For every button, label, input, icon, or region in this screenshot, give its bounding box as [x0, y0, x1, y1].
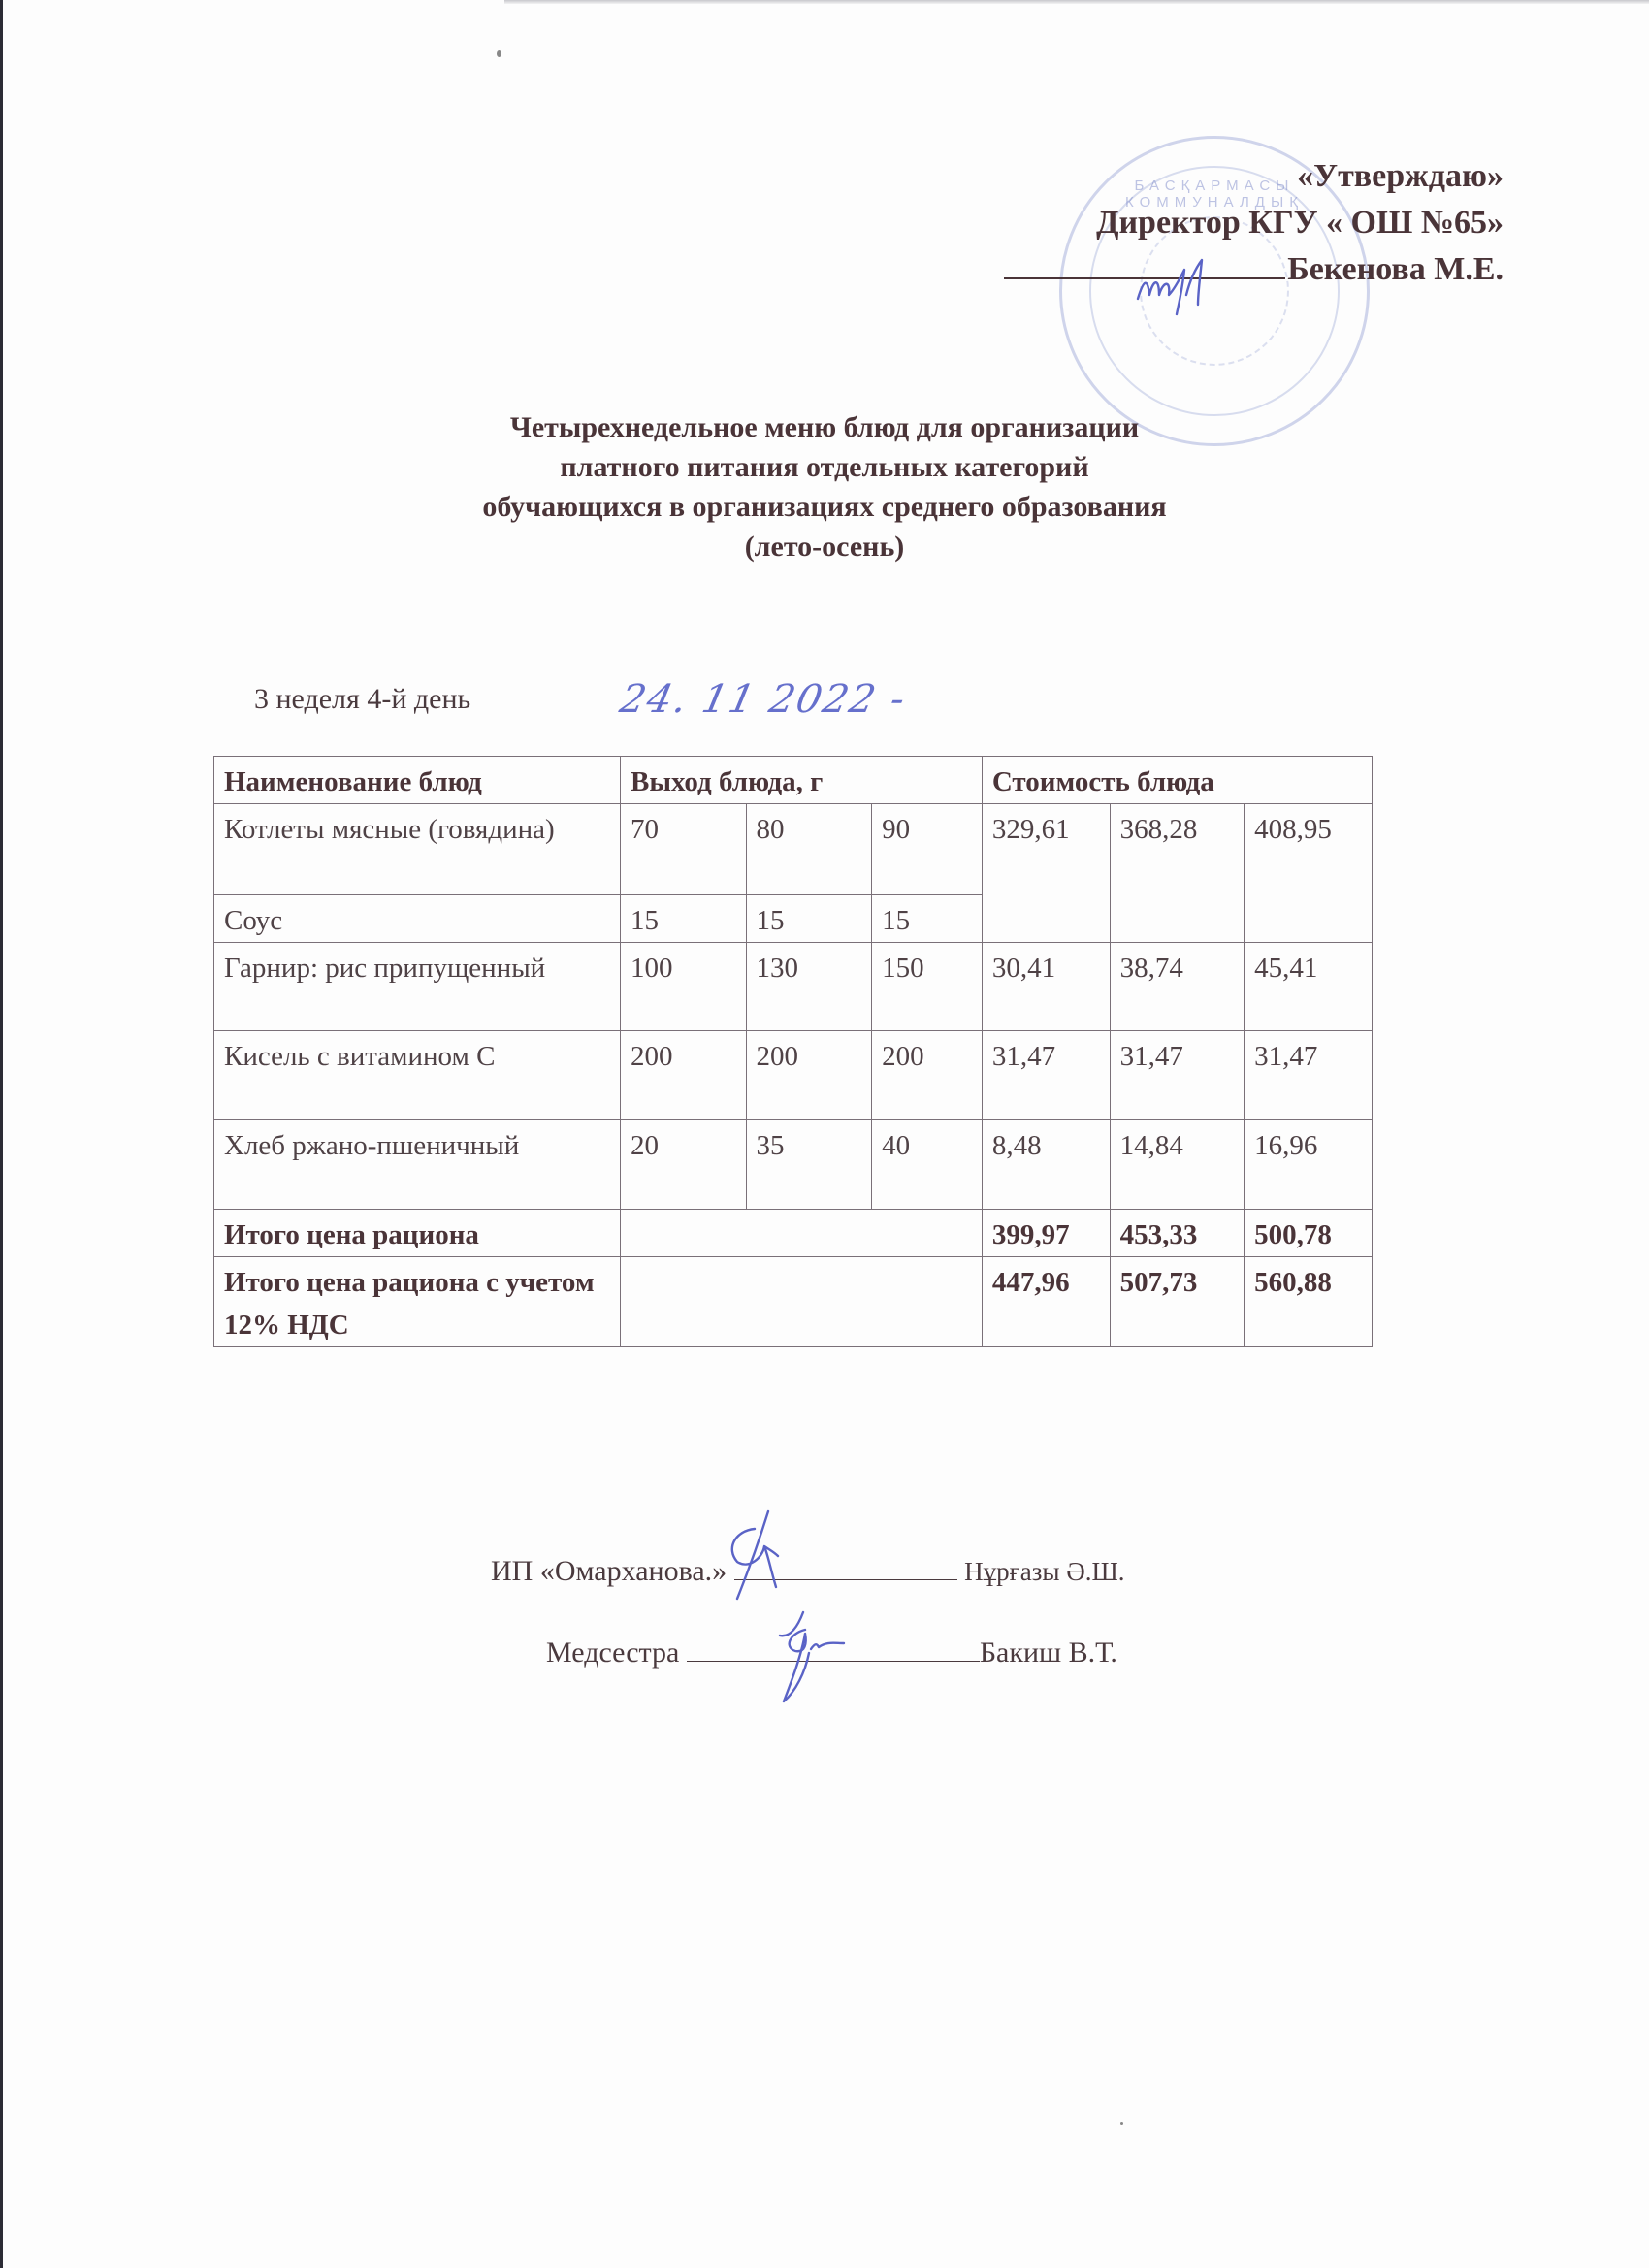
total-vat-value: 447,96 — [982, 1257, 1110, 1347]
cost-cell: 8,48 — [982, 1120, 1110, 1210]
empty-cell — [621, 1210, 983, 1257]
cost-cell: 45,41 — [1245, 943, 1373, 1031]
total-row: Итого цена рациона 399,97 453,33 500,78 — [214, 1210, 1373, 1257]
cost-cell: 368,28 — [1110, 804, 1245, 943]
approver-name: Бекенова М.Е. — [1287, 251, 1503, 287]
total-vat-value: 507,73 — [1110, 1257, 1245, 1347]
yield-cell: 15 — [746, 895, 872, 943]
total-value: 453,33 — [1110, 1210, 1245, 1257]
yield-cell: 130 — [746, 943, 872, 1031]
total-label: Итого цена рациона — [214, 1210, 621, 1257]
director-signature — [1130, 250, 1246, 318]
total-vat-row: Итого цена рациона с учетом 12% НДС 447,… — [214, 1257, 1373, 1347]
yield-cell: 200 — [746, 1031, 872, 1120]
total-value: 500,78 — [1245, 1210, 1373, 1257]
scan-edge-top — [504, 0, 1649, 4]
handwritten-date: 24. 11 2022 - — [616, 677, 911, 722]
cost-cell: 14,84 — [1110, 1120, 1245, 1210]
table-row: Котлеты мясные (говядина) 70 80 90 329,6… — [214, 804, 1373, 895]
approval-block: «Утверждаю» Директор КГУ « ОШ №65» Бекен… — [1004, 153, 1503, 293]
yield-cell: 15 — [621, 895, 747, 943]
cost-cell: 329,61 — [982, 804, 1110, 943]
scan-edge — [0, 0, 3, 2268]
cost-cell: 38,74 — [1110, 943, 1245, 1031]
supplier-name: Нұрғазы Ә.Ш. — [964, 1557, 1124, 1586]
dish-name: Хлеб ржано-пшеничный — [214, 1120, 621, 1210]
title-line: платного питания отдельных категорий — [0, 447, 1649, 487]
header-dish-name: Наименование блюд — [214, 757, 621, 804]
approval-position: Директор КГУ « ОШ №65» — [1004, 200, 1503, 246]
yield-cell: 35 — [746, 1120, 872, 1210]
week-day-label: 3 неделя 4-й день — [254, 683, 470, 716]
yield-cell: 200 — [621, 1031, 747, 1120]
yield-cell: 40 — [872, 1120, 983, 1210]
table-header-row: Наименование блюд Выход блюда, г Стоимос… — [214, 757, 1373, 804]
cost-cell: 31,47 — [1245, 1031, 1373, 1120]
approval-signature-row: Бекенова М.Е. — [1004, 246, 1503, 293]
cost-cell: 31,47 — [1110, 1031, 1245, 1120]
dish-name: Соус — [214, 895, 621, 943]
scan-speck — [1120, 2122, 1123, 2125]
table-row: Гарнир: рис припущенный 100 130 150 30,4… — [214, 943, 1373, 1031]
yield-cell: 80 — [746, 804, 872, 895]
table-row: Хлеб ржано-пшеничный 20 35 40 8,48 14,84… — [214, 1120, 1373, 1210]
total-vat-value: 560,88 — [1245, 1257, 1373, 1347]
scan-speck — [497, 50, 501, 57]
cost-cell: 31,47 — [982, 1031, 1110, 1120]
empty-cell — [621, 1257, 983, 1347]
nurse-label: Медсестра — [546, 1636, 679, 1669]
table-row: Кисель с витамином С 200 200 200 31,47 3… — [214, 1031, 1373, 1120]
yield-cell: 70 — [621, 804, 747, 895]
yield-cell: 150 — [872, 943, 983, 1031]
header-cost: Стоимость блюда — [982, 757, 1372, 804]
menu-table: Наименование блюд Выход блюда, г Стоимос… — [213, 756, 1373, 1347]
yield-cell: 90 — [872, 804, 983, 895]
cost-cell: 30,41 — [982, 943, 1110, 1031]
yield-cell: 20 — [621, 1120, 747, 1210]
document-title: Четырехнедельное меню блюд для организац… — [0, 407, 1649, 567]
total-vat-label: Итого цена рациона с учетом 12% НДС — [214, 1257, 621, 1347]
header-yield: Выход блюда, г — [621, 757, 983, 804]
yield-cell: 100 — [621, 943, 747, 1031]
title-line: (лето-осень) — [0, 527, 1649, 567]
cost-cell: 16,96 — [1245, 1120, 1373, 1210]
supplier-label: ИП «Омарханова.» — [491, 1555, 727, 1587]
approval-heading: «Утверждаю» — [1004, 153, 1503, 200]
supplier-signature — [716, 1509, 803, 1603]
total-value: 399,97 — [982, 1210, 1110, 1257]
yield-cell: 15 — [872, 895, 983, 943]
supplier-signature-row: ИП «Омарханова.» Нұрғазы Ә.Ш. — [491, 1554, 1125, 1588]
title-line: обучающихся в организациях среднего обра… — [0, 487, 1649, 527]
yield-cell: 200 — [872, 1031, 983, 1120]
title-line: Четырехнедельное меню блюд для организац… — [0, 407, 1649, 447]
dish-name: Кисель с витамином С — [214, 1031, 621, 1120]
dish-name: Котлеты мясные (говядина) — [214, 804, 621, 895]
nurse-signature — [776, 1608, 892, 1705]
dish-name: Гарнир: рис припущенный — [214, 943, 621, 1031]
nurse-name: Бакиш В.Т. — [980, 1636, 1117, 1669]
cost-cell: 408,95 — [1245, 804, 1373, 943]
